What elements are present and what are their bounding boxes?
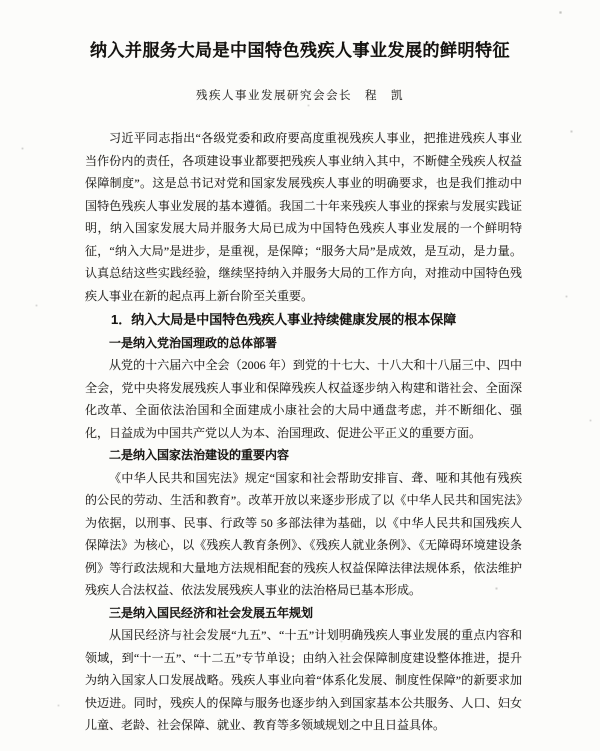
- subsection-1-paragraph: 从党的十六届六中全会（2006 年）到党的十七大、十八大和十八届三中、四中全会，…: [85, 354, 522, 444]
- subsection-3-paragraph: 从国民经济与社会发展“九五”、“十五”计划明确残疾人事业发展的重点内容和领域，到…: [85, 624, 522, 737]
- subsection-2-paragraph: 《中华人民共和国宪法》规定“国家和社会帮助安排盲、聋、哑和其他有残疾的公民的劳动…: [85, 467, 522, 602]
- author-byline: 残疾人事业发展研究会会长 程 凯: [0, 87, 600, 103]
- intro-paragraph: 习近平同志指出“各级党委和政府要高度重视残疾人事业，把推进残疾人事业当作份内的责…: [85, 127, 522, 307]
- section-1-heading: 1．纳入大局是中国特色残疾人事业持续健康发展的根本保障: [85, 309, 522, 332]
- subsection-2-heading: 二是纳入国家法治建设的重要内容: [85, 444, 522, 467]
- scan-noise-speckles: [0, 0, 1, 1]
- subsection-3-heading: 三是纳入国民经济和社会发展五年规划: [85, 602, 522, 625]
- document-title: 纳入并服务大局是中国特色残疾人事业发展的鲜明特征: [0, 36, 600, 61]
- subsection-1-heading: 一是纳入党治国理政的总体部署: [85, 332, 522, 355]
- scanned-document-page: 纳入并服务大局是中国特色残疾人事业发展的鲜明特征 残疾人事业发展研究会会长 程 …: [0, 0, 600, 751]
- document-body: 习近平同志指出“各级党委和政府要高度重视残疾人事业，把推进残疾人事业当作份内的责…: [85, 127, 522, 737]
